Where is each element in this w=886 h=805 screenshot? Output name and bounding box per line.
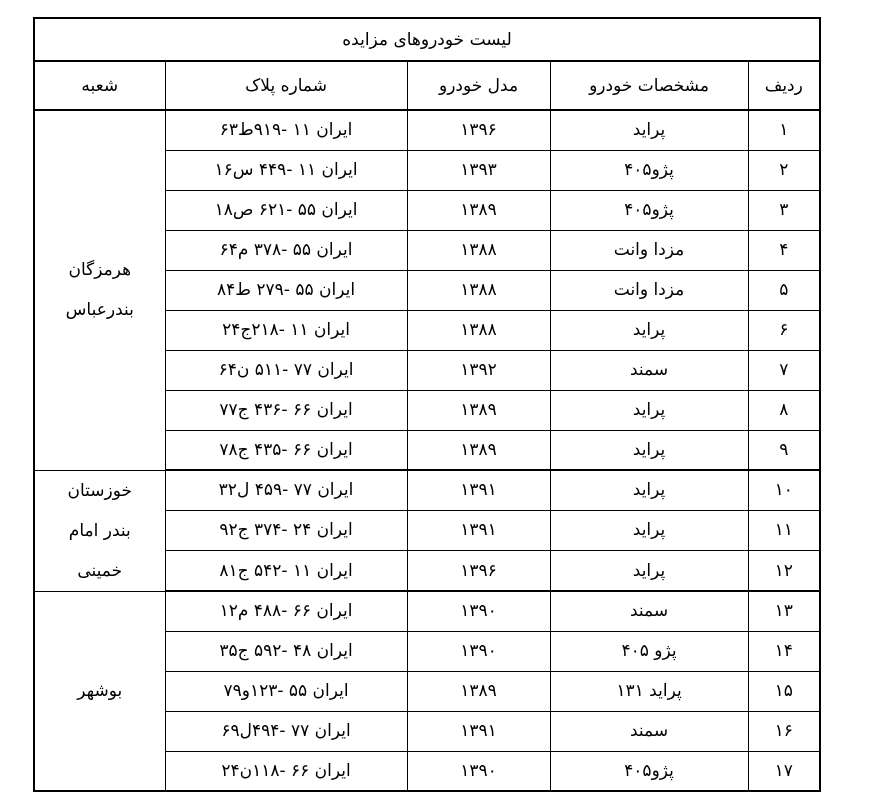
cell-model: ۱۳۸۹ [407, 430, 550, 470]
document-page: لیست خودروهای مزایده ردیف مشخصات خودرو م… [0, 0, 886, 805]
branch-line: هرمزگان [39, 250, 161, 290]
cell-plate: ایران ۶۶ -۴۸۸ م۱۲ [165, 591, 407, 631]
cell-plate: ایران ۵۵ -۶۲۱ ص۱۸ [165, 190, 407, 230]
cell-specs: پژو۴۰۵ [550, 190, 748, 230]
cell-model: ۱۳۸۸ [407, 230, 550, 270]
table-row: ۱۰ پراید ۱۳۹۱ ایران ۷۷ -۴۵۹ ل۳۲ خوزستان … [34, 470, 820, 510]
cell-plate: ایران ۵۵ -۱۲۳و۷۹ [165, 671, 407, 711]
cell-specs: پراید [550, 470, 748, 510]
cell-specs: پراید [550, 110, 748, 150]
cell-plate: ایران ۱۱ -۴۴۹ س۱۶ [165, 150, 407, 190]
cell-plate: ایران ۵۵ -۲۷۹ ط۸۴ [165, 270, 407, 310]
cell-branch: خوزستان بندر امام خمینی [34, 470, 165, 591]
cell-row-number: ۱ [748, 110, 820, 150]
table-row: ۱۳ سمند ۱۳۹۰ ایران ۶۶ -۴۸۸ م۱۲ بوشهر [34, 591, 820, 631]
cell-plate: ایران ۷۷ -۵۱۱ ن۶۴ [165, 350, 407, 390]
branch-line: بندرعباس [39, 290, 161, 330]
cell-plate: ایران ۵۵ -۳۷۸ م۶۴ [165, 230, 407, 270]
cell-model: ۱۳۹۰ [407, 751, 550, 791]
column-header-branch: شعبه [34, 61, 165, 110]
cell-model: ۱۳۹۶ [407, 551, 550, 591]
column-header-model: مدل خودرو [407, 61, 550, 110]
cell-plate: ایران ۷۷ -۴۵۹ ل۳۲ [165, 470, 407, 510]
cell-model: ۱۳۹۱ [407, 470, 550, 510]
cell-model: ۱۳۹۱ [407, 711, 550, 751]
cell-branch: بوشهر [34, 591, 165, 791]
cell-row-number: ۱۰ [748, 470, 820, 510]
cell-model: ۱۳۸۹ [407, 390, 550, 430]
cell-row-number: ۳ [748, 190, 820, 230]
table-row: ۱ پراید ۱۳۹۶ ایران ۱۱ -۹۱۹ط۶۳ هرمزگان بن… [34, 110, 820, 150]
cell-row-number: ۷ [748, 350, 820, 390]
cell-plate: ایران ۶۶ -۴۳۵ ج۷۸ [165, 430, 407, 470]
cell-row-number: ۱۵ [748, 671, 820, 711]
cell-specs: پژو۴۰۵ [550, 751, 748, 791]
cell-model: ۱۳۹۰ [407, 591, 550, 631]
branch-line: خوزستان [39, 471, 161, 511]
column-header-row-number: ردیف [748, 61, 820, 110]
cell-model: ۱۳۹۳ [407, 150, 550, 190]
branch-line: بندر امام [39, 511, 161, 551]
cell-row-number: ۱۳ [748, 591, 820, 631]
cell-model: ۱۳۸۸ [407, 310, 550, 350]
cell-model: ۱۳۸۸ [407, 270, 550, 310]
cell-row-number: ۱۲ [748, 551, 820, 591]
cell-model: ۱۳۸۹ [407, 671, 550, 711]
cell-row-number: ۹ [748, 430, 820, 470]
table-title-row: لیست خودروهای مزایده [34, 18, 820, 61]
cell-specs: پژو ۴۰۵ [550, 631, 748, 671]
cell-row-number: ۱۴ [748, 631, 820, 671]
cell-row-number: ۵ [748, 270, 820, 310]
cell-specs: پراید [550, 390, 748, 430]
cell-specs: پراید [550, 551, 748, 591]
cell-plate: ایران ۷۷ -۴۹۴ل۶۹ [165, 711, 407, 751]
cell-branch: هرمزگان بندرعباس [34, 110, 165, 470]
column-header-specs: مشخصات خودرو [550, 61, 748, 110]
cell-model: ۱۳۹۲ [407, 350, 550, 390]
vehicle-auction-table: لیست خودروهای مزایده ردیف مشخصات خودرو م… [33, 17, 821, 792]
branch-line: بوشهر [39, 671, 161, 711]
cell-model: ۱۳۹۱ [407, 510, 550, 550]
cell-plate: ایران ۱۱ -۲۱۸ج۲۴ [165, 310, 407, 350]
cell-plate: ایران ۴۸ -۵۹۲ ج۳۵ [165, 631, 407, 671]
cell-row-number: ۸ [748, 390, 820, 430]
cell-specs: پراید [550, 310, 748, 350]
branch-line: خمینی [39, 551, 161, 591]
cell-model: ۱۳۸۹ [407, 190, 550, 230]
cell-specs: پژو۴۰۵ [550, 150, 748, 190]
table-title: لیست خودروهای مزایده [34, 18, 820, 61]
cell-specs: سمند [550, 591, 748, 631]
cell-row-number: ۱۷ [748, 751, 820, 791]
cell-plate: ایران ۶۶ -۱۱۸ن۲۴ [165, 751, 407, 791]
cell-model: ۱۳۹۰ [407, 631, 550, 671]
cell-specs: سمند [550, 350, 748, 390]
cell-plate: ایران ۶۶ -۴۳۶ ج۷۷ [165, 390, 407, 430]
cell-specs: پراید [550, 430, 748, 470]
table-header-row: ردیف مشخصات خودرو مدل خودرو شماره پلاک ش… [34, 61, 820, 110]
cell-specs: مزدا وانت [550, 270, 748, 310]
cell-model: ۱۳۹۶ [407, 110, 550, 150]
cell-row-number: ۱۱ [748, 510, 820, 550]
cell-plate: ایران ۱۱ -۹۱۹ط۶۳ [165, 110, 407, 150]
cell-specs: پراید ۱۳۱ [550, 671, 748, 711]
cell-plate: ایران ۲۴ -۳۷۴ ج۹۲ [165, 510, 407, 550]
cell-specs: سمند [550, 711, 748, 751]
cell-specs: مزدا وانت [550, 230, 748, 270]
cell-row-number: ۴ [748, 230, 820, 270]
cell-row-number: ۶ [748, 310, 820, 350]
cell-row-number: ۱۶ [748, 711, 820, 751]
cell-plate: ایران ۱۱ -۵۴۲ ج۸۱ [165, 551, 407, 591]
cell-row-number: ۲ [748, 150, 820, 190]
column-header-plate: شماره پلاک [165, 61, 407, 110]
cell-specs: پراید [550, 510, 748, 550]
